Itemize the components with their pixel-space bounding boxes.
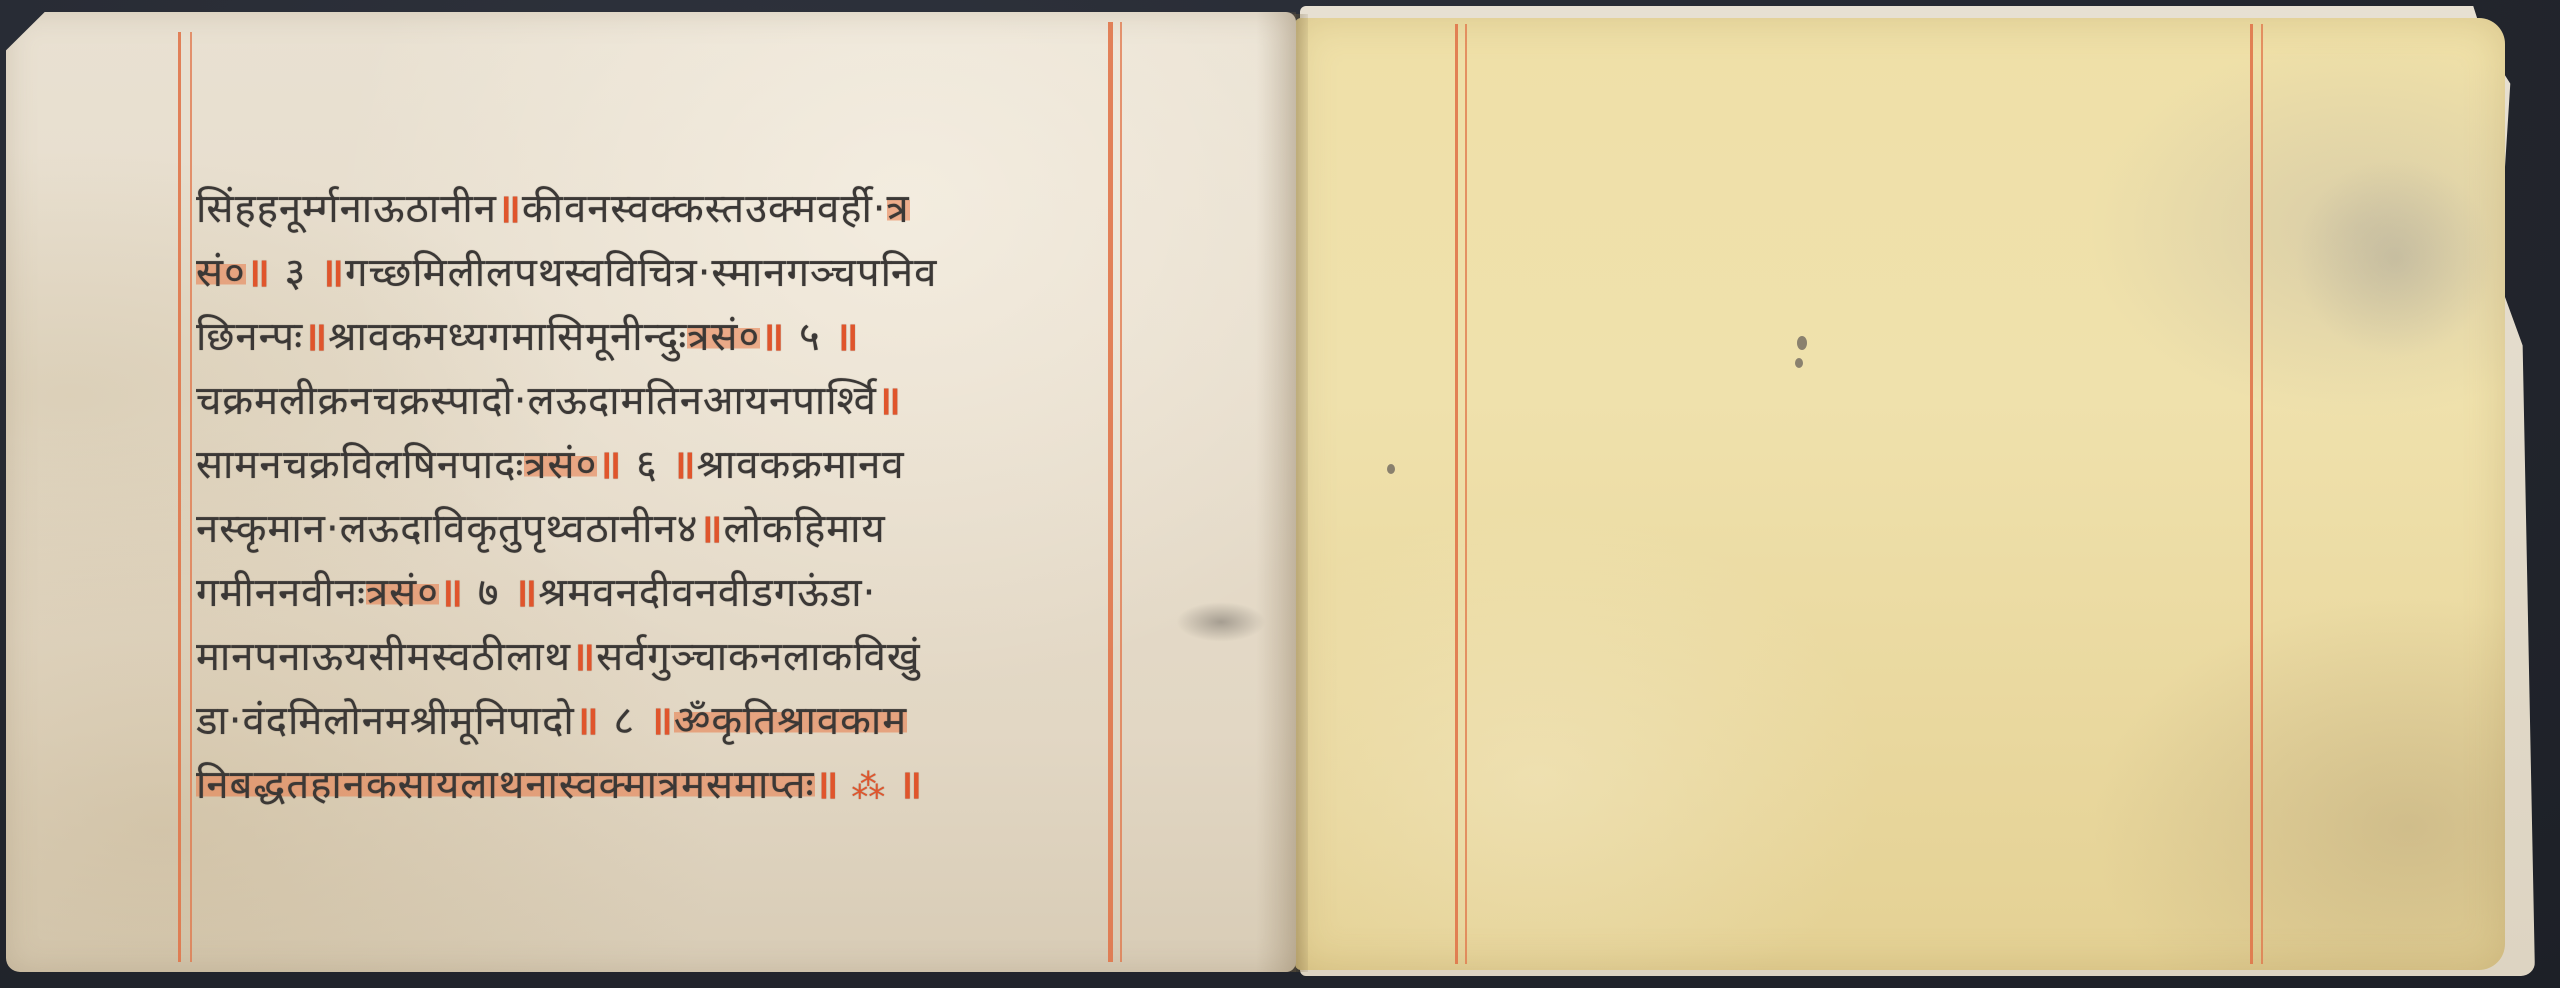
double-danda: ॥ bbox=[649, 698, 674, 744]
right-page-ruling-right-outer bbox=[2250, 24, 2253, 964]
text-line-5: सामनचक्रविलषिनपादःत्रसं०॥ ६ ॥श्रावकक्रमा… bbox=[196, 433, 1136, 497]
verse-number: ५ bbox=[785, 314, 834, 360]
text-segment: श्रावकमध्यगमासिमूनीन्दुः bbox=[328, 314, 687, 360]
double-danda: ॥ bbox=[597, 442, 622, 488]
double-danda: ॥ bbox=[698, 506, 723, 552]
manuscript-text-block: सिंहहनूर्म्गनाऊठानीन॥कीवनस्वक्कस्तउक्मवर… bbox=[196, 177, 1136, 817]
highlighted-colophon-text: निबद्धतहानकसायलाथनास्वक्मात्रमसमाप्तः bbox=[196, 762, 815, 808]
text-line-9: डा·वंदमिलोनमश्रीमूनिपादो॥ ८ ॥ॐकृतिश्रावक… bbox=[196, 689, 1136, 753]
right-page-ruling-left-outer bbox=[1455, 24, 1458, 964]
flower-ornament-icon: ⁂ bbox=[840, 767, 899, 807]
text-segment: मानपनाऊयसीमस्वठीलाथ bbox=[196, 634, 571, 680]
highlighted-text: ॐकृतिश्रावकाम bbox=[674, 698, 907, 744]
ink-speck bbox=[1387, 464, 1395, 474]
text-line-4: चक्रमलीक्रनचक्रस्पादो·लऊदामतिनआयनपार्श्व… bbox=[196, 369, 1136, 433]
left-page: सिंहहनूर्म्गनाऊठानीन॥कीवनस्वक्कस्तउक्मवर… bbox=[6, 12, 1296, 972]
double-danda: ॥ bbox=[575, 698, 600, 744]
water-stain bbox=[2295, 158, 2495, 358]
double-danda: ॥ bbox=[320, 250, 345, 296]
ink-smudge bbox=[1176, 602, 1266, 642]
verse-number: ८ bbox=[600, 698, 649, 744]
text-segment: चक्रमलीक्रनचक्रस्पादो·लऊदामतिनआयनपार्श्व… bbox=[196, 378, 877, 424]
text-segment: गच्छमिलीलपथस्वविचित्र·स्मानगञ्चपनिव bbox=[345, 250, 937, 296]
text-line-2: सं०॥ ३ ॥गच्छमिलीलपथस्वविचित्र·स्मानगञ्चप… bbox=[196, 241, 1136, 305]
ink-speck bbox=[1797, 336, 1807, 350]
verse-number: ७ bbox=[464, 570, 513, 616]
verse-number: ३ bbox=[271, 250, 320, 296]
right-page-ruling-left-inner bbox=[1465, 24, 1467, 964]
text-segment: कीवनस्वक्कस्तउक्मवर्ही· bbox=[522, 186, 887, 232]
double-danda: ॥ bbox=[815, 762, 840, 808]
double-danda: ॥ bbox=[834, 314, 859, 360]
text-segment: नस्कृमान·लऊदाविकृतुपृथ्वठानीन४ bbox=[196, 506, 698, 552]
text-segment: डा·वंदमिलोनमश्रीमूनिपादो bbox=[196, 698, 575, 744]
double-danda: ॥ bbox=[497, 186, 522, 232]
text-line-10: निबद्धतहानकसायलाथनास्वक्मात्रमसमाप्तः॥ ⁂… bbox=[196, 753, 1136, 817]
page-edge-shadow bbox=[1256, 12, 1296, 972]
left-page-ruling-left-outer bbox=[178, 32, 181, 962]
highlighted-text: त्र bbox=[887, 186, 910, 232]
highlighted-text: सं० bbox=[196, 250, 246, 296]
highlighted-text: त्रसं० bbox=[366, 570, 439, 616]
highlighted-text: त्रसं० bbox=[687, 314, 760, 360]
text-segment: गमीननवीनः bbox=[196, 570, 366, 616]
text-line-3: छिनन्पः॥श्रावकमध्यगमासिमूनीन्दुःत्रसं०॥ … bbox=[196, 305, 1136, 369]
text-segment: छिनन्पः bbox=[196, 314, 303, 360]
text-line-1: सिंहहनूर्म्गनाऊठानीन॥कीवनस्वक्कस्तउक्मवर… bbox=[196, 177, 1136, 241]
double-danda: ॥ bbox=[898, 762, 923, 808]
double-danda: ॥ bbox=[877, 378, 902, 424]
ink-speck bbox=[1795, 358, 1803, 368]
text-line-8: मानपनाऊयसीमस्वठीलाथ॥सर्वगुञ्चाकनलाकविखुं bbox=[196, 625, 1136, 689]
text-segment: सर्वगुञ्चाकनलाकविखुं bbox=[596, 634, 920, 680]
double-danda: ॥ bbox=[246, 250, 271, 296]
double-danda: ॥ bbox=[672, 442, 697, 488]
text-segment: लोकहिमाय bbox=[723, 506, 885, 552]
verse-number: ६ bbox=[622, 442, 671, 488]
highlighted-text: त्रसं० bbox=[524, 442, 597, 488]
text-segment: श्रावकक्रमानव bbox=[697, 442, 905, 488]
text-segment: श्रमवनदीवनवीडगऊंडा· bbox=[538, 570, 876, 616]
double-danda: ॥ bbox=[303, 314, 328, 360]
double-danda: ॥ bbox=[571, 634, 596, 680]
text-line-7: गमीननवीनःत्रसं०॥ ७ ॥श्रमवनदीवनवीडगऊंडा· bbox=[196, 561, 1136, 625]
text-segment: सामनचक्रविलषिनपादः bbox=[196, 442, 524, 488]
double-danda: ॥ bbox=[513, 570, 538, 616]
right-page bbox=[1295, 18, 2505, 970]
left-page-ruling-left-inner bbox=[190, 32, 192, 962]
text-line-6: नस्कृमान·लऊदाविकृतुपृथ्वठानीन४॥लोकहिमाय bbox=[196, 497, 1136, 561]
double-danda: ॥ bbox=[439, 570, 464, 616]
double-danda: ॥ bbox=[760, 314, 785, 360]
right-page-ruling-right-inner bbox=[2261, 24, 2263, 964]
text-segment: सिंहहनूर्म्गनाऊठानीन bbox=[196, 186, 497, 232]
